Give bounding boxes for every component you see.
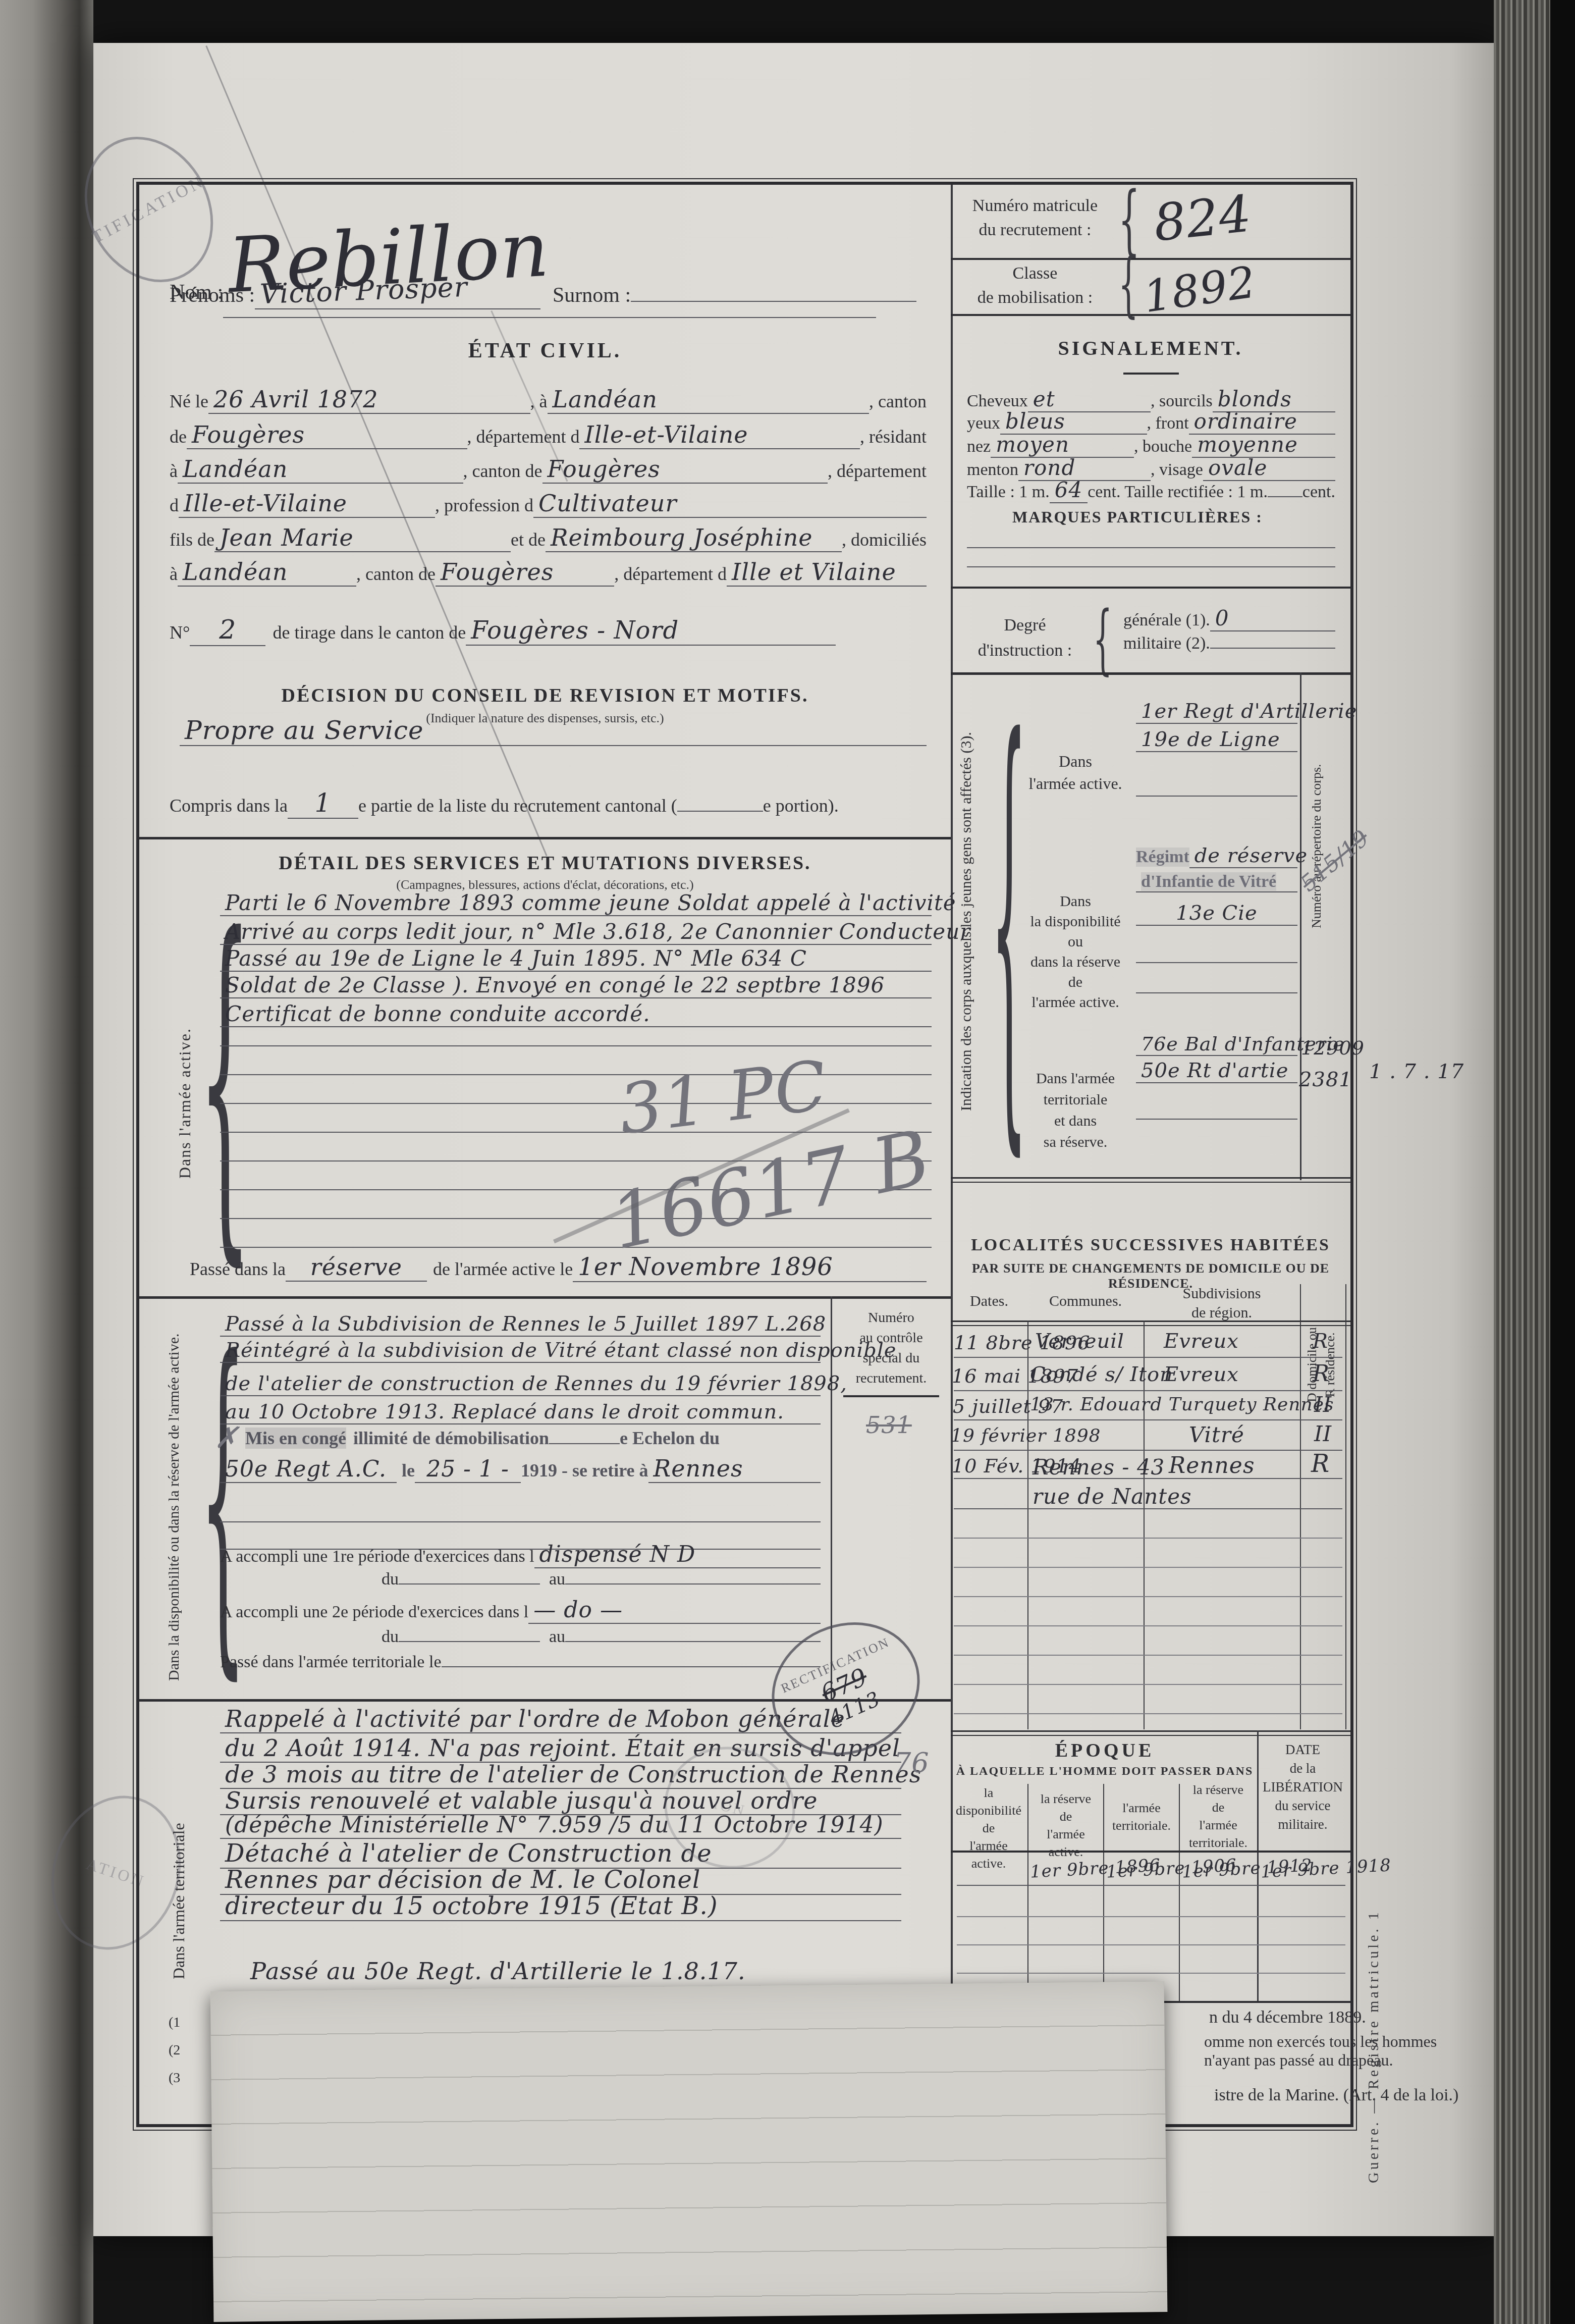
commune-cell: 13 r. Edouard Turquety Rennes [1030,1394,1334,1415]
profession-label: , profession d [435,495,533,516]
du-label: du [382,1570,399,1589]
row-line [954,1478,1342,1479]
a-label: à [170,460,178,482]
epoque-col1-header: la disponibilité de l'armée active. [951,1784,1026,1872]
decision-title: DÉCISION DU CONSEIL DE REVISION ET MOTIF… [139,684,951,707]
localites-col-line [1300,1284,1301,1729]
row-line [954,1567,1342,1568]
blank-line [220,1521,821,1522]
corps-active-value: 19e de Ligne [1141,728,1280,751]
row-line [954,1357,1342,1358]
localites-col-line [1345,1284,1346,1729]
footnote-marker: (3 [169,2070,180,2086]
stamp-text: ION [712,1795,748,1820]
tirage-canton-value: Fougères - Nord [471,616,679,645]
row-line [954,1625,1342,1626]
epoque-subtitle: À LAQUELLE L'HOMME DOIT PASSER DANS [951,1765,1259,1778]
dispo-entry: Passé à la Subdivision de Rennes le 5 Ju… [225,1312,826,1336]
epoque-col2-header: la réserve de l'armée active. [1028,1790,1103,1861]
epoque-line [957,1916,1345,1917]
compris-label-3: e portion). [763,795,839,816]
section-rule [139,837,951,839]
regiment-reserve-value: de réserve [1194,844,1308,867]
compris-label: Compris dans la [170,795,288,816]
commune-cell: Verneuil [1035,1330,1124,1353]
periode2-label: A accompli une 2e période d'exercices da… [220,1603,528,1622]
book-spine [0,0,93,2324]
title-dash [1123,373,1179,375]
dispo-entry: au 10 Octobre 1913. Replacé dans le droi… [225,1400,784,1423]
dr-cell: R [1311,1450,1330,1478]
services-title: DÉTAIL DES SERVICES ET MUTATIONS DIVERSE… [139,852,951,874]
taille-rectifiee-label: cent. Taille rectifiée : 1 m. [1088,483,1268,502]
regiment-stamp-text: d'Infantie de Vitré [1141,872,1276,891]
decision-value: Propre au Service [185,716,424,745]
col-dates-header: Dates. [951,1293,1027,1310]
matricule-label: Numéro matricule du recrutement : [957,194,1113,242]
departement-label: , département d [467,426,580,447]
mother-name-value: Reimbourg Joséphine [551,524,813,551]
corps-active-value: 1er Regt d'Artillerie [1141,700,1357,723]
section-rule [139,1296,951,1299]
dr-cell: R [1313,1330,1328,1353]
blank-line [220,1132,932,1133]
blank-line [967,547,1335,548]
subdivision-cell: Vitré [1189,1422,1244,1447]
front-value: ordinaire [1194,409,1297,434]
d-label: d [170,495,179,516]
menton-value: rond [1023,455,1075,480]
section-rule [951,587,1350,589]
epoque-date-header: DATE de la LIBÉRATION du service militai… [1259,1740,1347,1834]
sourcils-label: , sourcils [1151,392,1213,411]
surnom-label: Surnom : [553,283,631,307]
bouche-value: moyenne [1197,432,1298,457]
row-line [954,1596,1342,1597]
corps-dispo-label: Dans la disponibilité ou dans la réserve… [1017,891,1133,1013]
departement-value: Ille-et-Vilaine [184,490,347,517]
canton-label: , canton [869,391,927,412]
taille-value: 64 [1055,478,1082,502]
surnom-field [631,301,916,302]
localites-title: LOCALITÉS SUCCESSIVES HABITÉES [951,1236,1350,1255]
passe-label: Passé dans la [190,1258,286,1280]
bouche-label: , bouche [1134,437,1192,456]
periode2-value: — do — [533,1597,623,1623]
date-cell: 19 février 1898 [951,1425,1101,1446]
residant-label: , résidant [860,426,927,447]
territoriale-entry: de 3 mois au titre de l'atelier de Const… [225,1761,921,1788]
visage-value: ovale [1208,455,1267,480]
stamp-echelon: e Echelon du [620,1428,720,1449]
tirage-label: de tirage dans le canton de [273,622,466,643]
domicile-value: Landéan [183,558,288,586]
au-label: au [549,1570,565,1589]
compagnie-value: 13e Cie [1176,902,1257,925]
au-label: au [549,1627,565,1647]
row-line [954,1419,1342,1420]
epoque-col3-header: l'armée territoriale. [1104,1799,1179,1834]
dr-cell: II [1314,1392,1332,1417]
de-label: de [170,426,187,447]
service-entry: Arrivé au corps ledit jour, n° Mle 3.618… [225,919,970,944]
subdivision-cell: Evreux [1164,1363,1239,1386]
territoriale-entry: directeur du 15 octobre 1915 (Etat B.) [225,1892,718,1920]
dr-cell: II [1314,1421,1332,1446]
prenoms-field: Victor Prosper [255,277,540,309]
blank-line [1136,992,1297,993]
blank-line [1136,1119,1297,1120]
stamp-mis-en-conge: Mis en congé [245,1428,346,1449]
marques-label: MARQUES PARTICULIÈRES : [1012,508,1263,526]
epoque-col-line [1103,1784,1104,2002]
regiment-stamp-text: Régimt [1136,848,1189,867]
territoriale-side-label: Dans l'armée territoriale [170,1745,188,2057]
compris-label-2: e partie de la liste du recrutement cant… [358,795,677,816]
canton-value: Fougères [192,421,305,448]
epoque-line [957,1944,1345,1945]
page-stack-edge [1494,0,1554,2324]
stamp-1919: 1919 - se retire à [521,1460,648,1481]
row-line [954,1390,1342,1391]
dispo-entry: Réintégré à la subdivision de Vitré étan… [225,1339,896,1362]
commune-cell: Condé s/ Iton [1030,1363,1173,1386]
classe-label: Classe de mobilisation : [957,261,1113,310]
sourcils-value: blonds [1218,387,1292,411]
corps-box-bottom [951,1177,1350,1183]
blank-line [967,566,1335,567]
profession-value: Cultivateur [538,490,677,517]
blank-line [1136,796,1297,797]
a-label: , à [530,391,548,412]
prenoms-label: Prénoms : [170,283,255,307]
passe-territoriale-label: Passé dans l'armée territoriale le [220,1653,442,1672]
col-communes-header: Communes. [1027,1293,1144,1310]
controle-number-struck: 531 [866,1411,912,1439]
footer-text: n du 4 décembre 1889. [1209,2008,1472,2027]
periode1-label: A accompli une 1re période d'exercices d… [220,1547,534,1566]
margin-date: 1 . 7 . 17 [1369,1060,1464,1083]
blank-line [1136,962,1297,963]
reserve-date-value: 1er Novembre 1896 [578,1253,833,1281]
etat-civil-title: ÉTAT CIVIL. [139,339,951,363]
fils-de-label: fils de [170,529,214,550]
signalement-title: SIGNALEMENT. [951,336,1350,360]
epoque-title: ÉPOQUE [951,1739,1259,1762]
service-entry: Parti le 6 Novembre 1893 comme jeune Sol… [225,890,956,915]
armee-active-label: de l'armée active le [433,1258,573,1280]
corps-active-label: Dans l'armée active. [1017,750,1133,795]
birth-date-value: 26 Avril 1872 [213,386,378,413]
et-de-label: et de [511,529,546,550]
dr-cell: R [1313,1361,1330,1387]
demob-date-value: 25 - 1 - [426,1456,509,1482]
residence-value: Landéan [183,455,288,483]
row-line [954,1684,1342,1685]
departement-label: , département d [614,563,727,585]
repertoire-number: 12909 [1301,1037,1365,1059]
footer-text: istre de la Marine. (Art. 4 de la loi.) [1214,2086,1477,2105]
corps-terr-label: Dans l'armée territoriale et dans sa rés… [1012,1068,1138,1153]
service-entry: Soldat de 2e Classe ). Envoyé en congé l… [225,973,885,997]
row-line [954,1450,1342,1451]
corps-terr-value: 50e Rt d'artie [1141,1059,1288,1082]
stamp-le: le [402,1460,415,1481]
yeux-label: yeux [967,414,1000,433]
x-mark: ✗ [214,1420,239,1455]
blank-line [220,1247,932,1248]
cent-label: cent. [1302,483,1335,502]
form-frame: Nom : Rebillon Prénoms : Victor Prosper … [136,182,1353,2127]
departement-label: , département [828,460,927,482]
prenoms-value: Victor Prosper [259,271,468,310]
ne-le-label: Né le [170,391,208,412]
row-line [954,1508,1342,1509]
service-entry: Certificat de bonne conduite accordé. [225,1001,650,1026]
compris-partie-value: 1 [315,788,332,818]
epoque-line [957,1973,1345,1974]
nez-value: moyen [996,432,1069,457]
subdivision-cell: Rennes [1169,1453,1255,1478]
du-label: du [382,1627,399,1647]
row-line [954,1655,1342,1656]
pasted-paper-slip [210,1981,1168,2322]
footnote-marker: (1 [169,2015,180,2031]
demob-place-value: Rennes [654,1455,743,1482]
canton-de-label: , canton de [356,563,436,585]
departement-value: Ille-et-Vilaine [584,421,748,448]
canton-value: Fougères [441,558,554,586]
epoque-col4-header: la réserve de l'armée territoriale. [1180,1781,1257,1852]
territoriale-entry: Passé au 50e Regt. d'Artillerie le 1.8.1… [250,1958,746,1985]
canton-value: Fougères [548,455,661,483]
dispo-entry: de l'atelier de construction de Rennes d… [225,1372,847,1395]
controle-rule [843,1395,939,1397]
canton-de-label: , canton de [463,460,542,482]
stamp-illimite: illimité de démobilisation [353,1428,549,1449]
reserve-value: réserve [310,1253,402,1281]
nez-label: nez [967,437,991,456]
armee-active-side-label: Dans l'armée active. [176,972,194,1235]
epoque-top-rule [951,1730,1350,1736]
subdivision-cell: Evreux [1164,1330,1239,1353]
territoriale-entry: Rennes par décision de M. le Colonel [225,1866,700,1894]
territoriale-entry: Détaché à l'atelier de Construction de [225,1839,712,1868]
periode1-value: dispensé N D [539,1542,696,1567]
domicilies-label: , domiciliés [842,529,927,550]
cheveux-label: Cheveux [967,392,1028,411]
cheveux-value: et [1033,387,1055,411]
generale-value: 0 [1215,606,1229,630]
register-page: TIFICATION ATION Nom : Rebillon Prénoms … [93,43,1494,2236]
localites-header-rule [951,1321,1350,1326]
row-border [951,258,1350,260]
numero-label: N° [170,622,190,643]
father-name-value: Jean Marie [220,524,354,551]
corps-side-label: Indication des corps auxquels les jeunes… [958,695,986,1149]
footer-text: omme non exercés tous les hommes n'ayant… [1204,2032,1477,2070]
dark-background [1550,0,1575,2324]
disponibilite-side-label: Dans la disponibilité ou dans la réserve… [166,1331,201,1684]
demob-unit-value: 50e Regt A.C. [225,1456,387,1482]
commune-cell: Rennes - 43 rue de Nantes [1033,1453,1192,1511]
territoriale-entry: Rappelé à l'activité par l'ordre de Mobo… [225,1705,845,1732]
repertoire-number: 2381 [1299,1068,1352,1091]
classe-brace: { [1118,249,1138,320]
epoque-header-rule [951,1851,1350,1853]
epoque-value-line [957,1885,1345,1886]
row-line [954,1713,1342,1714]
yeux-value: bleus [1005,409,1065,434]
col-subdiv-header: Subdivisions de région. [1144,1284,1300,1323]
repertoire-divider [1300,672,1301,1180]
militaire-label: militaire (2). [1123,634,1210,653]
classe-value: 1892 [1140,257,1259,323]
menton-label: menton [967,460,1018,480]
birth-place-value: Landéan [553,386,658,413]
instruction-brace: { [1093,602,1112,677]
front-label: , front [1147,414,1189,433]
service-entry: Passé au 19e de Ligne le 4 Juin 1895. N°… [225,946,807,971]
footnote-marker: (2 [169,2042,180,2058]
taille-label: Taille : 1 m. [967,483,1050,502]
departement-value: Ille et Vilaine [732,558,896,586]
tirage-number-value: 2 [219,615,236,645]
row-line [954,1538,1342,1539]
blank-line [220,1045,932,1046]
guerre-registre-label: Guerre. — Registre matricule. 1 [1365,1653,1382,2183]
visage-label: , visage [1151,460,1203,480]
epoque-col-line [1027,1784,1028,2002]
matricule-value: 824 [1151,184,1254,253]
margin-number: 76 [894,1747,930,1779]
scanned-military-register-photo: TIFICATION ATION Nom : Rebillon Prénoms … [0,0,1575,2324]
generale-label: générale (1). [1123,611,1210,630]
epoque-col-line [1179,1784,1180,2002]
a-label: à [170,563,178,585]
